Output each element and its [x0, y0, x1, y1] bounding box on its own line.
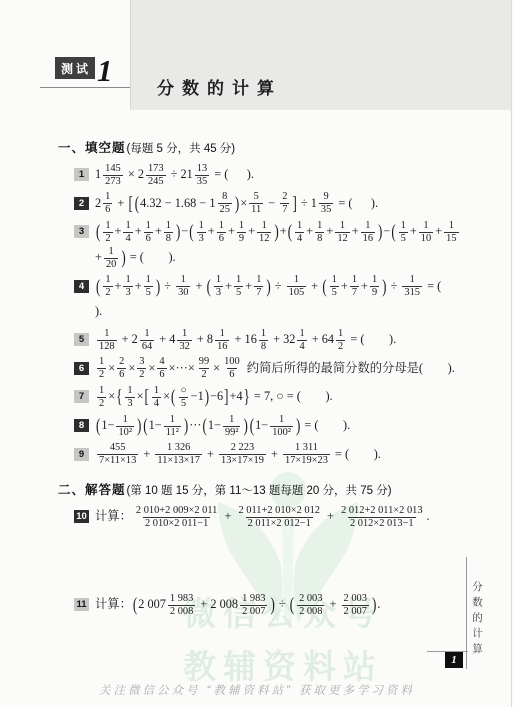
fraction-numerator: 1 [197, 220, 206, 232]
fraction: 116 [215, 328, 229, 353]
fraction-numerator: 1 [103, 191, 112, 203]
problem-formula: (12+13+15) ÷ 130 + (13+15+17) ÷ 1105 + (… [95, 274, 467, 325]
problem-number: 1 [74, 168, 89, 181]
fraction: 18 [164, 220, 173, 245]
bracket: ) [270, 586, 274, 622]
problem-number: 4 [74, 280, 89, 293]
fraction-denominator: 8 [259, 340, 268, 353]
fraction: 1335 [195, 163, 209, 188]
problem-row: 8(1−110²)(1−111²)···(1−199²)(1−1100²) = … [58, 413, 467, 439]
fraction-denominator: 10² [116, 426, 134, 439]
fraction-numerator: 1 [260, 220, 269, 232]
fraction-numerator: 1 [254, 274, 263, 286]
formula-text: = ( ). [301, 418, 350, 432]
fraction-denominator: 2 012×2 013−1 [348, 517, 416, 530]
bracket: ( [207, 267, 211, 303]
bracket: ( [143, 407, 147, 443]
bracket: ( [250, 407, 254, 443]
fraction-denominator: 25 [218, 203, 232, 216]
fraction-numerator: 1 [338, 220, 347, 232]
bracket: ) [156, 267, 160, 303]
fraction-numerator: 1 [330, 274, 339, 286]
formula-text: + [192, 279, 205, 293]
fraction-denominator: 13×17×19 [219, 454, 266, 467]
fraction-denominator: 6 [217, 232, 226, 245]
fraction-denominator: 20 [104, 258, 118, 271]
fraction: 1105 [287, 274, 307, 299]
formula-text: + 32 [270, 332, 295, 346]
scan-page-edge [511, 0, 512, 707]
fraction-numerator: 1 [142, 328, 151, 340]
fraction-denominator: 2 [103, 286, 112, 299]
fraction-numerator: 1 [297, 328, 306, 340]
bracket: ] [224, 378, 228, 414]
footer-note: 关注微信公众号 “教辅资料站” 获取更多学习资料 [0, 682, 514, 698]
fraction: 112 [257, 220, 271, 245]
section-heading: 一、填空题(每题 5 分，共 45 分) [58, 138, 467, 156]
fraction: 15 [234, 274, 243, 299]
bracket: ( [189, 213, 193, 249]
formula-text: × [108, 361, 115, 375]
problem-row: 2216 + [(4.32 − 1.68 − 1825)×511 − 27] ÷… [58, 191, 467, 217]
fraction: 2 012+2 011×2 0132 012×2 013−1 [339, 505, 424, 530]
problem-number: 7 [74, 390, 89, 403]
fraction-numerator: 2 223 [229, 442, 256, 454]
formula-text: × [148, 361, 155, 375]
fraction-numerator: 1 [217, 220, 226, 232]
fraction-denominator: 4 [295, 232, 304, 245]
fraction-numerator: 1 [123, 220, 132, 232]
formula-text: × [163, 389, 170, 403]
fraction-numerator: 2 011+2 010×2 012 [236, 505, 321, 517]
formula-text: + [245, 279, 252, 293]
formula-text: 1− [208, 418, 221, 432]
formula-text: 1− [149, 418, 162, 432]
fraction-denominator: 3 [214, 286, 223, 299]
fraction-denominator: 2 008 [297, 605, 324, 618]
bracket: ] [292, 184, 296, 220]
bracket: ( [135, 184, 139, 220]
problem-formula: 1128 + 2164 + 4132 + 8116 + 1618 + 3214 … [95, 327, 467, 353]
formula-text: 2 [95, 196, 101, 210]
fraction-numerator: 100 [222, 356, 242, 368]
page-number: 1 [445, 652, 463, 668]
fraction-denominator: 7 [350, 286, 359, 299]
formula-text: = ( ). [335, 196, 378, 210]
fraction: 15 [330, 274, 339, 299]
formula-text: + [204, 447, 217, 461]
fraction-numerator: 5 [252, 191, 261, 203]
fraction-numerator: 1 [447, 220, 456, 232]
fraction: 130 [176, 274, 190, 299]
fraction-numerator: 1 [218, 328, 227, 340]
formula-text: + [324, 509, 337, 523]
fraction-denominator: 35 [195, 175, 209, 188]
formula-text: ÷ 21 [168, 167, 193, 181]
formula-text: + [341, 279, 348, 293]
formula-text: . [377, 597, 380, 611]
fraction-denominator: 2 007 [342, 605, 369, 618]
bracket: ) [266, 267, 270, 303]
problem-number: 3 [74, 225, 89, 238]
side-chapter-title: 分数的计算 [470, 581, 485, 659]
fraction-denominator: 5 [399, 232, 408, 245]
fraction-denominator: 315 [402, 286, 422, 299]
badge-underline [40, 87, 130, 88]
fraction-denominator: 4 [152, 397, 161, 410]
problem-row: 94557×11×13 + 1 32611×13×17 + 2 22313×17… [58, 442, 467, 468]
fraction-numerator: 2 [117, 356, 126, 368]
watermark-line2: 教辅资料站 [118, 641, 448, 688]
fraction-numerator: 2 003 [297, 593, 324, 605]
fraction: 145273 [103, 163, 123, 188]
test-badge: 测试1 [55, 56, 113, 88]
formula-text: 1− [255, 418, 268, 432]
section-score-note: (每题 5 分，共 45 分) [127, 143, 236, 155]
fraction: 2 010+2 009×2 0112 010×2 011−1 [134, 505, 219, 530]
problem-row: 3(12+14+16+18)−(13+16+19+112)+(14+18+112… [58, 219, 467, 270]
problem-number: 10 [74, 510, 89, 523]
problem-formula: 计算：2 010+2 009×2 0112 010×2 011−1 + 2 01… [95, 504, 467, 530]
formula-text: + [221, 509, 234, 523]
fraction-numerator: 1 [107, 246, 116, 258]
fraction: 2 0032 007 [342, 593, 369, 618]
fraction-denominator: 11² [164, 426, 181, 439]
fraction: 120 [104, 246, 118, 271]
fraction-numerator: 1 [421, 220, 430, 232]
fraction-denominator: 2 [336, 340, 345, 353]
bracket: ) [378, 213, 382, 249]
fraction-numerator: 1 [399, 220, 408, 232]
bracket: ) [235, 184, 239, 220]
formula-text: × [213, 361, 220, 375]
formula-text: ÷ 1 [298, 196, 317, 210]
formula-text: ÷ [276, 597, 289, 611]
fraction-numerator: 1 [292, 274, 301, 286]
formula-text: + [95, 250, 102, 264]
chapter-header-band: 分数的计算 [130, 0, 512, 110]
section-score-note: (第 10 题 15 分，第 11～13 题每题 20 分，共 75 分) [127, 485, 392, 497]
formula-text: = ( ). [211, 167, 254, 181]
bracket: ) [121, 239, 125, 275]
fraction-denominator: 16 [215, 340, 229, 353]
formula-text: + [135, 224, 142, 238]
formula-text: + [208, 224, 215, 238]
problem-formula: 216 + [(4.32 − 1.68 − 1825)×511 − 27] ÷ … [95, 191, 467, 217]
bracket: ) [296, 407, 300, 443]
fraction: 511 [249, 191, 263, 216]
fraction-numerator: 4 [157, 356, 166, 368]
fraction-numerator: 1 [144, 274, 153, 286]
fraction: 164 [140, 328, 154, 353]
fraction: 1 9832 008 [168, 593, 195, 618]
fraction-denominator: 64 [140, 340, 154, 353]
formula-text: −1 [191, 389, 204, 403]
problem-formula: 12×26×32×46×···×992×1006 约简后所得的最简分数的分母是(… [95, 356, 467, 382]
fraction: 12 [336, 328, 345, 353]
fraction-denominator: 11 [249, 203, 263, 216]
fraction: 16 [103, 191, 112, 216]
fraction-numerator: 1 [102, 328, 111, 340]
problem-row: 712×{13×[14×(○5−1)−6]+4} = 7, ○ = ( ). [58, 384, 467, 410]
formula-text: × [108, 389, 115, 403]
bracket: [ [128, 184, 132, 220]
fraction: 110 [419, 220, 433, 245]
problem-formula: (1−110²)(1−111²)···(1−199²)(1−1100²) = (… [95, 413, 467, 439]
fraction-numerator: 1 [336, 328, 345, 340]
formula-text: × 2 [125, 167, 144, 181]
formula-text: + [140, 447, 153, 461]
bracket: { [116, 378, 122, 414]
formula-text: 1− [101, 418, 114, 432]
formula-text: 2 007 [138, 597, 166, 611]
fraction-numerator: 1 [350, 274, 359, 286]
formula-text: + [306, 224, 313, 238]
fraction-denominator: 2 008 [168, 605, 195, 618]
fraction-denominator: 9 [237, 232, 246, 245]
formula-text: + [228, 224, 235, 238]
fraction-denominator: 35 [319, 203, 333, 216]
fraction-numerator: 1 [144, 220, 153, 232]
problem-formula: (12+14+16+18)−(13+16+19+112)+(14+18+112+… [95, 219, 467, 270]
bracket: ) [274, 213, 278, 249]
test-badge-label: 测试 [55, 57, 95, 79]
fraction: 111² [164, 414, 181, 439]
fraction-numerator: 1 [97, 356, 106, 368]
fraction-numerator: 1 [363, 220, 372, 232]
fraction-numerator: 1 [234, 274, 243, 286]
formula-text: + [326, 597, 339, 611]
fraction-numerator: 2 012+2 011×2 013 [339, 505, 424, 517]
fraction-denominator: 8 [164, 232, 173, 245]
fraction-numerator: ○ [178, 385, 188, 397]
formula-text: = 7, ○ = ( ). [251, 389, 333, 403]
fraction-numerator: 1 [259, 328, 268, 340]
fraction: 13 [214, 274, 223, 299]
formula-text: + [268, 447, 281, 461]
fraction: 115 [444, 220, 458, 245]
problem-formula: 1145273 × 2173245 ÷ 211335 = ( ). [95, 162, 467, 188]
fraction-numerator: 2 003 [342, 593, 369, 605]
fraction: 116 [361, 220, 375, 245]
fraction-numerator: 145 [103, 163, 123, 175]
bracket: ) [184, 407, 188, 443]
formula-text: = ( ). [347, 332, 396, 346]
fraction-denominator: 6 [144, 232, 153, 245]
fraction-denominator: 8 [315, 232, 324, 245]
problem-number: 8 [74, 419, 89, 432]
problem-row: 11145273 × 2173245 ÷ 211335 = ( ). [58, 162, 467, 188]
problem-number: 5 [74, 333, 89, 346]
fraction: 13 [125, 385, 134, 410]
fraction-denominator: 128 [97, 340, 117, 353]
fraction-denominator: 15 [444, 232, 458, 245]
bracket: ) [243, 407, 247, 443]
fraction: 935 [319, 191, 333, 216]
formula-text: − [181, 224, 188, 238]
bracket: ( [96, 213, 100, 249]
problem-formula: 12×{13×[14×(○5−1)−6]+4} = 7, ○ = ( ). [95, 384, 467, 410]
fraction-denominator: 12 [257, 232, 271, 245]
fraction-numerator: 1 [370, 274, 379, 286]
fraction: 16 [217, 220, 226, 245]
fraction-numerator: 1 983 [168, 593, 195, 605]
fraction: 18 [315, 220, 324, 245]
fraction: 112 [335, 220, 349, 245]
fraction: 173245 [146, 163, 166, 188]
formula-text: + [248, 224, 255, 238]
fraction-numerator: 1 [152, 385, 161, 397]
fraction-numerator: 1 [315, 220, 324, 232]
fraction-denominator: 6 [103, 203, 112, 216]
problem-row: 51128 + 2164 + 4132 + 8116 + 1618 + 3214… [58, 327, 467, 353]
fraction: 2 011+2 010×2 0122 011×2 012−1 [236, 505, 321, 530]
formula-text: + [435, 224, 442, 238]
formula-text: × [240, 196, 247, 210]
bracket: ( [96, 407, 100, 443]
fraction-denominator: 2 007 [240, 605, 267, 618]
fraction-numerator: 455 [108, 442, 128, 454]
fraction-denominator: 30 [176, 286, 190, 299]
fraction: 16 [144, 220, 153, 245]
fraction-denominator: 2 010×2 011−1 [143, 517, 210, 530]
formula-text: + [280, 224, 287, 238]
formula-text: + [352, 224, 359, 238]
fraction-denominator: 32 [177, 340, 191, 353]
problem-number: 9 [74, 448, 89, 461]
fraction: 1 9832 007 [240, 593, 267, 618]
fraction-denominator: 11×13×17 [155, 454, 202, 467]
formula-text: − [265, 196, 278, 210]
formula-text: + 8 [194, 332, 213, 346]
formula-text: × [128, 361, 135, 375]
formula-text: + [155, 224, 162, 238]
fraction: 1315 [402, 274, 422, 299]
fraction: 17 [350, 274, 359, 299]
formula-text: = ( ). [332, 447, 381, 461]
fraction: 17 [254, 274, 263, 299]
formula-text: + [410, 224, 417, 238]
formula-text: 计算： [95, 509, 132, 523]
bracket: ) [176, 213, 180, 249]
fraction: 14 [297, 328, 306, 353]
fraction-denominator: 10 [419, 232, 433, 245]
fraction-numerator: 99 [197, 356, 211, 368]
fraction-numerator: 1 [295, 220, 304, 232]
fraction-numerator: 1 [237, 220, 246, 232]
fraction-denominator: 17×19×23 [283, 454, 330, 467]
fraction-numerator: 1 983 [240, 593, 267, 605]
section: 二、解答题(第 10 题 15 分，第 11～13 题每题 20 分，共 75 … [58, 480, 467, 617]
fraction: 13 [197, 220, 206, 245]
formula-text: + 2 [119, 332, 138, 346]
fraction-denominator: 3 [123, 286, 132, 299]
fraction: 2 22313×17×19 [219, 442, 266, 467]
bracket: ) [137, 407, 141, 443]
problem-row: 4(12+13+15) ÷ 130 + (13+15+17) ÷ 1105 + … [58, 274, 467, 325]
problem-row: 11计算：(2 0071 9832 008 + 2 0081 9832 007)… [58, 592, 467, 618]
formula-text: 1 [95, 167, 101, 181]
fraction-denominator: 245 [146, 175, 166, 188]
fraction: 15 [399, 220, 408, 245]
fraction-denominator: 105 [287, 286, 307, 299]
bracket: ( [288, 213, 292, 249]
section-heading-text: 二、解答题 [58, 483, 126, 497]
fraction-denominator: 3 [125, 397, 134, 410]
problem-formula: 4557×11×13 + 1 32611×13×17 + 2 22313×17×… [95, 442, 467, 468]
fraction-numerator: 9 [321, 191, 330, 203]
formula-text: + 4 [156, 332, 175, 346]
fraction-denominator: 5 [144, 286, 153, 299]
problem-row: 10计算：2 010+2 009×2 0112 010×2 011−1 + 2 … [58, 504, 467, 530]
section: 一、填空题(每题 5 分，共 45 分)11145273 × 2173245 ÷… [58, 138, 467, 467]
fraction-denominator: 100² [270, 426, 293, 439]
fraction-numerator: 1 [214, 274, 223, 286]
formula-text: 计算： [95, 597, 132, 611]
formula-text: + [115, 279, 122, 293]
formula-text: + 64 [309, 332, 334, 346]
fraction: 2 0032 008 [297, 593, 324, 618]
workbook-page: { "page": { "badge": { "label": "测试", "n… [0, 0, 514, 707]
fraction: 13 [123, 274, 132, 299]
fraction-numerator: 1 326 [165, 442, 192, 454]
formula-text: ×···× [169, 361, 195, 375]
fraction-denominator: 6 [227, 368, 236, 381]
fraction-denominator: 2 [97, 368, 106, 381]
formula-text: + [308, 279, 321, 293]
fraction: 1100² [270, 414, 293, 439]
fraction: 110² [116, 414, 134, 439]
fraction-numerator: 1 311 [293, 442, 320, 454]
formula-text: − [383, 224, 390, 238]
fraction: 19 [237, 220, 246, 245]
fraction: 825 [218, 191, 232, 216]
formula-text: . [427, 509, 430, 523]
formula-text: + [361, 279, 368, 293]
fraction-numerator: 2 010+2 009×2 011 [134, 505, 219, 517]
bracket: ( [391, 213, 395, 249]
fraction-denominator: 2 [103, 232, 112, 245]
fraction: 4557×11×13 [97, 442, 138, 467]
fraction-denominator: 7×11×13 [97, 454, 138, 467]
bracket: ( [290, 586, 294, 622]
problem-number: 11 [74, 598, 89, 611]
fraction-denominator: 3 [197, 232, 206, 245]
fraction-denominator: 7 [254, 286, 263, 299]
formula-text: +4 [230, 389, 243, 403]
fraction-denominator: 273 [103, 175, 123, 188]
fraction-numerator: 1 [227, 414, 236, 426]
fraction-denominator: 6 [157, 368, 166, 381]
formula-text: + [326, 224, 333, 238]
fraction-numerator: 1 [103, 220, 112, 232]
fraction: 12 [103, 274, 112, 299]
fraction-numerator: 13 [195, 163, 209, 175]
page-title: 分数的计算 [157, 74, 282, 99]
fraction: 14 [295, 220, 304, 245]
bracket: ( [171, 378, 175, 414]
formula-text: × [137, 389, 144, 403]
fraction-numerator: 2 [280, 191, 289, 203]
problem-formula: 计算：(2 0071 9832 008 + 2 0081 9832 007) ÷… [95, 592, 467, 618]
formula-text: 约简后所得的最简分数的分母是( ). [244, 361, 455, 375]
formula-text: + 2 008 [197, 597, 238, 611]
fraction-numerator: 1 [103, 274, 112, 286]
fraction: 132 [177, 328, 191, 353]
fraction: 1128 [97, 328, 117, 353]
fraction-numerator: 1 [277, 414, 286, 426]
formula-text: + [135, 279, 142, 293]
